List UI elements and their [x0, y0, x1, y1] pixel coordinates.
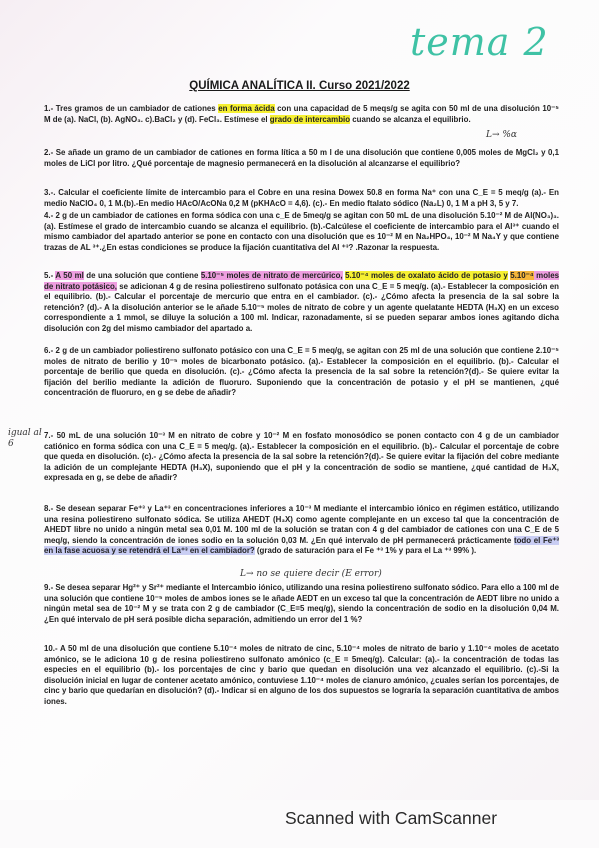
problem-8: 8.- Se desean separar Fe⁺³ y La⁺³ en con…	[44, 504, 559, 557]
problem-2: 2.- Se añade un gramo de un cambiador de…	[44, 148, 559, 169]
problem-number: 5.-	[44, 271, 53, 280]
problem-7: 7.- 50 mL de una solución 10⁻³ M en nitr…	[44, 431, 559, 484]
problem-text: de una solución que contiene	[84, 271, 201, 280]
problem-number: 2.-	[44, 148, 53, 157]
scanned-page: tema 2 QUÍMICA ANALÍTICA II. Curso 2021/…	[0, 0, 599, 800]
problem-text: cuando se alcanza el equilibrio.	[350, 115, 471, 124]
problem-text: Se añade un gramo de un cambiador de cat…	[44, 148, 559, 168]
problem-text: se adicionan 4 g de resina poliestireno …	[44, 282, 559, 333]
problem-text: (grado de saturación para el Fe ⁺³ 1% y …	[255, 546, 476, 555]
problem-1: 1.- Tres gramos de un cambiador de catio…	[44, 104, 559, 125]
problem-text: Se desea separar Hg²⁺ y Sr²⁺ mediante el…	[44, 583, 559, 624]
problem-number: 6.-	[44, 346, 53, 355]
problem-number: 9.-	[44, 583, 53, 592]
camscanner-watermark: Scanned with CamScanner	[285, 808, 497, 829]
document-title: QUÍMICA ANALÍTICA II. Curso 2021/2022	[0, 80, 599, 92]
problem-9: 9.- Se desea separar Hg²⁺ y Sr²⁺ mediant…	[44, 583, 559, 625]
highlight-yellow: en forma ácida	[218, 104, 274, 113]
problem-text: Tres gramos de un cambiador de cationes	[56, 104, 218, 113]
problem-number: 7.-	[44, 431, 53, 440]
problem-3: 3.-. Calcular el coeficiente límite de i…	[44, 188, 559, 209]
problem-10: 10.- A 50 ml de una disolución que conti…	[44, 644, 559, 708]
problem-text: Se desean separar Fe⁺³ y La⁺³ en concent…	[44, 504, 559, 545]
handwritten-title: tema 2	[410, 20, 549, 64]
handwritten-margin-note: igual al 6	[8, 428, 44, 450]
problem-6: 6.- 2 g de un cambiador poliestireno sul…	[44, 346, 559, 399]
problem-number: 3.-.	[44, 188, 55, 197]
handwritten-note: L→ %α	[486, 130, 517, 140]
problem-text: A 50 ml de una disolución que contiene 5…	[44, 644, 559, 706]
highlight-pink: A 50 ml	[55, 271, 83, 280]
problem-number: 10.-	[44, 644, 58, 653]
highlight-yellow: 5.10⁻⁴ moles de oxalato ácido de potasio…	[345, 271, 508, 280]
highlight-yellow: grado de intercambio	[270, 115, 350, 124]
handwritten-note: L→ no se quiere decir (E error)	[240, 569, 382, 579]
problem-text: Calcular el coeficiente límite de interc…	[44, 188, 559, 208]
problem-number: 4.-	[44, 211, 53, 220]
problem-number: 1.-	[44, 104, 53, 113]
problem-text: 2 g de un cambiador de cationes en forma…	[44, 211, 559, 252]
highlight-pink: 5.10⁻⁵ moles de nitrato de mercúrico,	[201, 271, 343, 280]
problem-text: 50 mL de una solución 10⁻³ M en nitrato …	[44, 431, 559, 482]
problem-5: 5.- A 50 ml de una solución que contiene…	[44, 271, 559, 335]
problem-text: 2 g de un cambiador poliestireno sulfona…	[44, 346, 559, 397]
problem-4: 4.- 2 g de un cambiador de cationes en f…	[44, 211, 559, 253]
highlight-orange: 5.10⁻⁴	[510, 271, 533, 280]
problem-number: 8.-	[44, 504, 53, 513]
